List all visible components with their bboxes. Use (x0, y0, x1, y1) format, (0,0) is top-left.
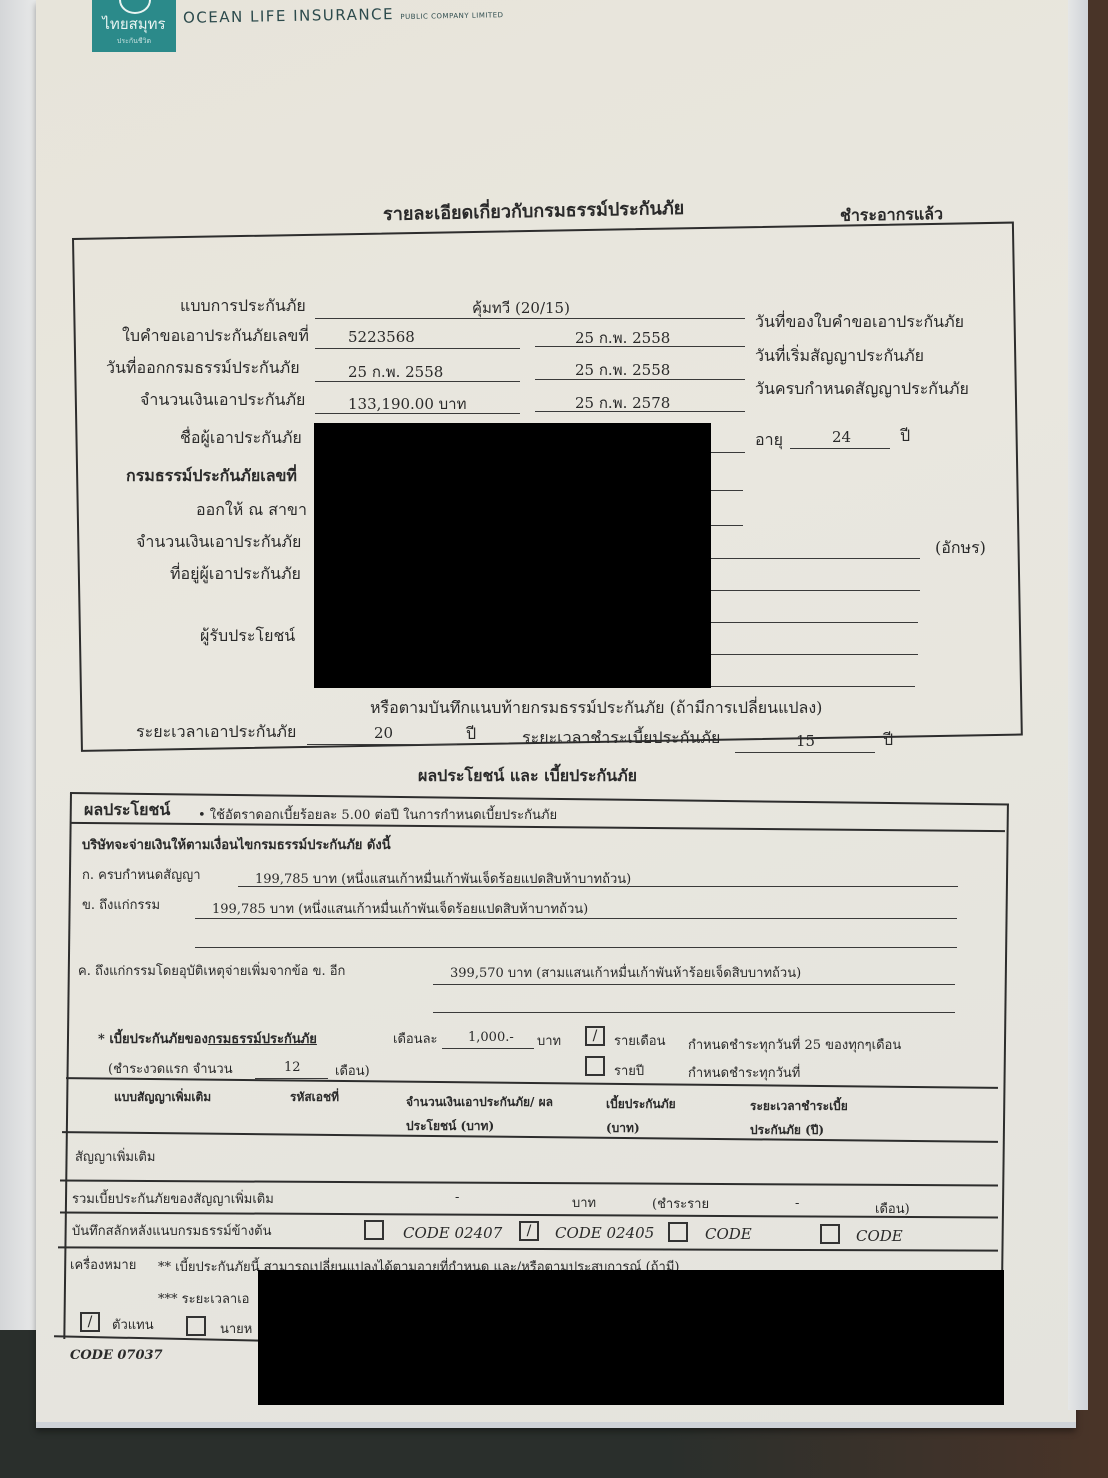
benefit-death-label: ข. ถึงแก่กรรม (82, 894, 160, 915)
benefit-death-value: 199,785 บาท (หนึ่งแสนเก้าหมื่นเก้าพันเจ็… (212, 898, 588, 919)
application-no-label: ใบคำขอเอาประกันภัยเลขที่ (122, 324, 309, 349)
footer-form-code: CODE 07037 (70, 1348, 163, 1363)
sum-insured-words-label: จำนวนเงินเอาประกันภัย (136, 530, 301, 555)
branch-label: ออกให้ ณ สาขา (196, 498, 307, 523)
benefit-maturity-value: 199,785 บาท (หนึ่งแสนเก้าหมื่นเก้าพันเจ็… (255, 868, 631, 889)
monthly-option-label: รายเดือน (614, 1030, 665, 1051)
premium-period-label: ระยะเวลาชำระเบี้ยประกันภัย (522, 726, 720, 751)
first-payment-suffix: เดือน) (335, 1060, 370, 1081)
rider-total-unit: บาท (572, 1192, 596, 1213)
plan-label: แบบการประกันภัย (180, 294, 306, 319)
premium-period-value: 15 (796, 732, 815, 750)
broker-label: นายห (220, 1318, 252, 1339)
monthly-payment-checkbox[interactable]: / (585, 1026, 605, 1046)
first-payment-prefix: (ชำระงวดแรก จำนวน (108, 1058, 233, 1079)
sum-insured-value: 133,190.00 บาท (348, 392, 466, 416)
age-value: 24 (832, 428, 851, 446)
endorsement-02407-checkbox[interactable] (364, 1220, 384, 1240)
application-no-value: 5223568 (348, 328, 415, 346)
rider-col-premium: เบี้ยประกันภัย (บาท) (606, 1092, 696, 1140)
rider-pay-prefix: (ชำระราย (652, 1193, 709, 1214)
yearly-payment-checkbox[interactable] (585, 1056, 605, 1076)
interest-rate-note: • ใช้อัตราดอกเบี้ยร้อยละ 5.00 ต่อปี ในกา… (198, 804, 557, 825)
logo-text: ไทยสมุทร (92, 17, 176, 32)
start-date-label: วันที่เริ่มสัญญาประกันภัย (755, 344, 924, 369)
maturity-date-value: 25 ก.พ. 2578 (575, 391, 670, 415)
rider-col-plan: แบบสัญญาเพิ่มเติม (114, 1088, 211, 1107)
benefit-accident-value: 399,570 บาท (สามแสนเก้าหมื่นเก้าพันห้าร้… (450, 962, 801, 983)
premium-period-unit: ปี (883, 728, 893, 753)
rider-row-label: สัญญาเพิ่มเติม (75, 1146, 155, 1167)
application-date-label: วันที่ของใบคำขอเอาประกันภัย (755, 310, 964, 335)
age-unit: ปี (900, 424, 910, 449)
rider-col-sum-insured: จำนวนเงินเอาประกันภัย/ ผลประโยชน์ (บาท) (406, 1090, 556, 1138)
endorsement-label: บันทึกสลักหลังแนบกรมธรรม์ข้างต้น (72, 1220, 272, 1241)
premium-label-underlined: กรมธรรม์ประกันภัย (208, 1032, 317, 1047)
company-logo: ไทยสมุทร ประกันชีวิต (92, 0, 176, 52)
coverage-period-unit: ปี (466, 722, 476, 747)
paper-stack-right-edge (1068, 0, 1088, 1410)
start-date-value: 25 ก.พ. 2558 (575, 358, 670, 382)
monthly-option-note: กำหนดชำระทุกวันที่ 25 ของทุกๆเดือน (688, 1034, 901, 1055)
endorsement-02405-code: CODE 02405 (555, 1224, 654, 1242)
per-month-value: 1,000.- (468, 1030, 514, 1045)
address-label: ที่อยู่ผู้เอาประกันภัย (170, 562, 301, 587)
premium-label: * เบี้ยประกันภัยของกรมธรรม์ประกันภัย (98, 1028, 317, 1049)
yearly-option-note: กำหนดชำระทุกวันที่ (688, 1062, 800, 1083)
yearly-option-label: รายปี (614, 1060, 644, 1081)
premium-label-prefix: * เบี้ยประกันภัยของ (98, 1032, 208, 1047)
rider-total-value: - (455, 1190, 459, 1205)
company-suffix: PUBLIC COMPANY LIMITED (400, 11, 503, 21)
redacted-personal-info (314, 423, 711, 688)
maturity-date-label: วันครบกำหนดสัญญาประกันภัย (755, 377, 969, 402)
endorsement-code4-code: CODE (856, 1227, 903, 1245)
endorsement-02407-code: CODE 02407 (403, 1224, 502, 1242)
application-date-value: 25 ก.พ. 2558 (575, 326, 670, 350)
agent-label: ตัวแทน (112, 1314, 154, 1335)
logo-emblem-icon (119, 0, 151, 14)
endorsement-02405-checkbox[interactable]: / (519, 1221, 539, 1241)
per-month-label: เดือนละ (393, 1028, 438, 1049)
paper-stack-left-edge (0, 0, 38, 1330)
benefit-maturity-label: ก. ครบกำหนดสัญญา (82, 864, 201, 885)
benefit-label: ผลประโยชน์ (84, 798, 170, 823)
rider-col-code: รหัสเอชที่ (290, 1088, 339, 1107)
coverage-period-value: 20 (374, 724, 393, 742)
issue-date-value: 25 ก.พ. 2558 (348, 360, 443, 384)
benefits-section-title: ผลประโยชน์ และ เบี้ยประกันภัย (418, 764, 637, 789)
broker-checkbox[interactable] (186, 1316, 206, 1336)
logo-subtext: ประกันชีวิต (92, 38, 176, 45)
rider-pay-value: - (795, 1196, 799, 1211)
remarks-label: เครื่องหมาย (70, 1254, 136, 1275)
insured-name-label: ชื่อผู้เอาประกันภัย (180, 426, 302, 451)
remarks-note-period: *** ระยะเวลาเอ (158, 1288, 249, 1309)
company-name-en: OCEAN LIFE INSURANCE (183, 5, 394, 27)
beneficiary-label: ผู้รับประโยชน์ (200, 624, 295, 649)
words-suffix: (อักษร) (935, 536, 986, 561)
benefit-accident-label: ค. ถึงแก่กรรมโดยอุบัติเหตุจ่ายเพิ่มจากข้… (78, 960, 345, 981)
sum-insured-label: จำนวนเงินเอาประกันภัย (140, 388, 305, 413)
rider-total-label: รวมเบี้ยประกันภัยของสัญญาเพิ่มเติม (72, 1188, 274, 1209)
endorsement-code3-checkbox[interactable] (668, 1222, 688, 1242)
endorsement-code3-code: CODE (705, 1225, 752, 1243)
agent-checkbox[interactable]: / (80, 1312, 100, 1332)
issue-date-label: วันที่ออกกรมธรรม์ประกันภัย (106, 356, 300, 381)
first-payment-months: 12 (284, 1060, 301, 1075)
plan-value: คุ้มทวี (20/15) (472, 296, 570, 320)
redacted-bottom-info (258, 1270, 1004, 1405)
company-pays-note: บริษัทจะจ่ายเงินให้ตามเงื่อนไขกรมธรรม์ปร… (82, 834, 391, 855)
age-label: อายุ (755, 428, 783, 453)
coverage-period-label: ระยะเวลาเอาประกันภัย (136, 720, 296, 745)
rider-col-payment-period: ระยะเวลาชำระเบี้ย ประกันภัย (ปี) (750, 1094, 870, 1142)
endorsement-note: หรือตามบันทึกแนบท้ายกรมธรรม์ประกันภัย (ถ… (370, 696, 822, 721)
endorsement-code4-checkbox[interactable] (820, 1224, 840, 1244)
premium-currency: บาท (537, 1030, 561, 1051)
policy-no-label: กรมธรรม์ประกันภัยเลขที่ (126, 464, 297, 489)
